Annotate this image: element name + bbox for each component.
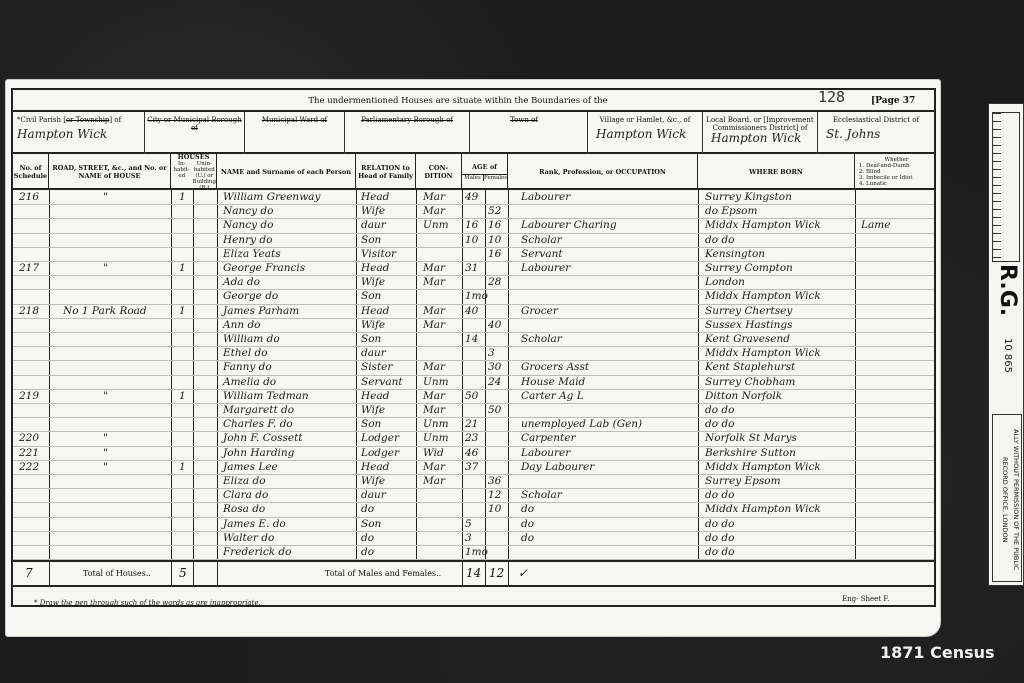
relation: Sister [361, 361, 392, 374]
condition: Mar [423, 361, 445, 374]
person-name: Nancy do [223, 219, 273, 232]
male-age: 10 [465, 234, 478, 247]
occupation: Scholar [521, 489, 562, 502]
road-name: " [103, 461, 108, 474]
occupation: Labourer [521, 191, 570, 204]
person-name: William Tedman [223, 390, 309, 403]
total-schedules: 7 [25, 566, 33, 580]
village-value: Hampton Wick [588, 130, 702, 138]
male-age: 46 [465, 447, 478, 460]
condition: Mar [423, 205, 445, 218]
occupation: Scholar [521, 333, 562, 346]
relation: Wife [361, 475, 385, 488]
person-name: Fanny do [223, 361, 272, 374]
person-name: Nancy do [223, 205, 273, 218]
female-age: 40 [488, 319, 501, 332]
condition: Mar [423, 319, 445, 332]
occupation: unemployed Lab (Gen) [521, 418, 642, 431]
where-born: Sussex Hastings [705, 319, 792, 332]
image-caption: 1871 Census [880, 643, 995, 662]
road-name: " [103, 390, 108, 403]
col-age: AGE of Males Females [462, 154, 508, 190]
occupation: Scholar [521, 234, 562, 247]
schedule-number: 220 [19, 432, 39, 445]
col-where-born: WHERE BORN [698, 154, 855, 190]
relation: daur [361, 347, 386, 360]
where-born: Middx Hampton Wick [705, 347, 821, 360]
municipal-borough: City or Municipal Borough of [145, 112, 245, 154]
person-name: Ada do [223, 276, 260, 289]
person-name: George do [223, 290, 278, 303]
female-age: 16 [488, 248, 501, 261]
male-age: 31 [465, 262, 478, 275]
where-born: do do [705, 518, 734, 531]
occupation: do [521, 503, 534, 516]
house-inhabited: 1 [179, 191, 186, 204]
parliamentary-borough: Parliamentary Borough of [345, 112, 470, 154]
infirmity: Lame [861, 219, 890, 232]
female-age: 30 [488, 361, 501, 374]
local-board: Local Board, or [Improvement Commissione… [703, 112, 818, 154]
relation: Wife [361, 205, 385, 218]
condition: Unm [423, 432, 449, 445]
copyright-notice: ALLY WITHOUT PERMISSION OF THE PUBLIC RE… [992, 414, 1022, 582]
total-persons-label: Total of Males and Females.. [325, 569, 441, 578]
where-born: Surrey Chobham [705, 376, 795, 389]
municipal-ward: Municipal Ward of [245, 112, 345, 154]
male-age: 40 [465, 305, 478, 318]
person-name: Charles F. do [223, 418, 293, 431]
where-born: Kent Staplehurst [705, 361, 795, 374]
where-born: Middx Hampton Wick [705, 503, 821, 516]
relation: Head [361, 262, 389, 275]
person-name: John Harding [223, 447, 294, 460]
header-title: The undermentioned Houses are situate wi… [293, 90, 623, 112]
female-age: 50 [488, 404, 501, 417]
relation: Head [361, 461, 389, 474]
relation: Son [361, 518, 381, 531]
house-inhabited: 1 [179, 305, 186, 318]
col-condition: CON-DITION [416, 154, 462, 190]
relation: Son [361, 290, 381, 303]
where-born: do do [705, 532, 734, 545]
where-born: Surrey Epsom [705, 475, 781, 488]
person-name: George Francis [223, 262, 305, 275]
female-age: 16 [488, 219, 501, 232]
person-name: James Parham [223, 305, 299, 318]
person-name: Walter do [223, 532, 274, 545]
relation: do [361, 546, 374, 559]
relation: do [361, 532, 374, 545]
female-age: 36 [488, 475, 501, 488]
relation: Wife [361, 404, 385, 417]
schedule-number: 216 [19, 191, 39, 204]
relation: Lodger [361, 447, 399, 460]
ecclesiastical-district: Ecclesiastical District of St. Johns [818, 112, 934, 154]
female-age: 52 [488, 205, 501, 218]
census-entries: 216"1William GreenwayHeadMar49LabourerSu… [13, 190, 934, 560]
total-females: 12 [489, 566, 504, 580]
person-name: Amelia do [223, 376, 276, 389]
where-born: Kensington [705, 248, 765, 261]
female-age: 3 [488, 347, 495, 360]
male-age: 1mo [465, 546, 488, 559]
col-road: ROAD, STREET, &c., and No. or NAME of HO… [49, 154, 171, 190]
road-name: " [103, 432, 108, 445]
schedule-number: 217 [19, 262, 39, 275]
form-header: The undermentioned Houses are situate wi… [13, 90, 934, 112]
relation: Wife [361, 319, 385, 332]
person-name: William do [223, 333, 280, 346]
col-infirmity: Whether 1. Deaf-and-Dumb 2. Blind 3. Imb… [855, 154, 934, 190]
person-name: Henry do [223, 234, 272, 247]
condition: Mar [423, 404, 445, 417]
house-inhabited: 1 [179, 390, 186, 403]
condition: Mar [423, 262, 445, 275]
relation: Son [361, 234, 381, 247]
male-age: 14 [465, 333, 478, 346]
administrative-divisions: *Civil Parish [or Township] of Hampton W… [13, 112, 934, 154]
relation: Head [361, 305, 389, 318]
male-age: 5 [465, 518, 472, 531]
folio-number: 128 [818, 86, 845, 108]
village-hamlet: Village or Hamlet, &c., of Hampton Wick [588, 112, 703, 154]
where-born: Middx Hampton Wick [705, 461, 821, 474]
occupation: Carter Ag L [521, 390, 584, 403]
occupation: House Maid [521, 376, 585, 389]
male-age: 49 [465, 191, 478, 204]
occupation: Labourer [521, 262, 570, 275]
condition: Mar [423, 390, 445, 403]
record-group: R.G. 10 865 [993, 264, 1021, 414]
male-age: 16 [465, 219, 478, 232]
condition: Mar [423, 305, 445, 318]
female-age: 12 [488, 489, 501, 502]
col-houses: HOUSES In-habit-ed Unin-habited (U.) or … [171, 154, 217, 190]
relation: Wife [361, 276, 385, 289]
relation: Visitor [361, 248, 396, 261]
road-name: " [103, 447, 108, 460]
condition: Wid [423, 447, 444, 460]
occupation: Grocers Asst [521, 361, 589, 374]
local-board-value: Hampton Wick [703, 134, 817, 142]
where-born: do do [705, 234, 734, 247]
occupation: Carpenter [521, 432, 575, 445]
person-name: James E. do [223, 518, 286, 531]
where-born: Surrey Kingston [705, 191, 792, 204]
where-born: do do [705, 404, 734, 417]
schedule-number: 219 [19, 390, 39, 403]
person-name: John F. Cossett [223, 432, 303, 445]
male-age: 1mo [465, 290, 488, 303]
condition: Mar [423, 191, 445, 204]
relation: Head [361, 191, 389, 204]
person-name: Eliza Yeats [223, 248, 281, 261]
check-mark-icon: ✓ [518, 566, 528, 580]
male-age: 23 [465, 432, 478, 445]
column-headers: No. of Schedule ROAD, STREET, &c., and N… [13, 154, 934, 190]
person-name: Eliza do [223, 475, 266, 488]
road-name: No 1 Park Road [63, 305, 147, 318]
where-born: do Epsom [705, 205, 757, 218]
relation: Lodger [361, 432, 399, 445]
house-inhabited: 1 [179, 461, 186, 474]
occupation: Day Labourer [521, 461, 594, 474]
person-name: Frederick do [223, 546, 291, 559]
male-age: 3 [465, 532, 472, 545]
col-name: NAME and Surname of each Person [217, 154, 356, 190]
condition: Unm [423, 418, 449, 431]
where-born: Norfolk St Marys [705, 432, 797, 445]
town: Town of [470, 112, 588, 154]
road-name: " [103, 191, 108, 204]
where-born: Middx Hampton Wick [705, 219, 821, 232]
schedule-number: 222 [19, 461, 39, 474]
condition: Unm [423, 219, 449, 232]
person-name: Ann do [223, 319, 261, 332]
where-born: Berkshire Sutton [705, 447, 796, 460]
road-name: " [103, 262, 108, 275]
total-houses-label: Total of Houses.. [83, 569, 151, 578]
occupation: do [521, 518, 534, 531]
relation: daur [361, 489, 386, 502]
piece-number: 10 865 [1002, 338, 1013, 373]
condition: Mar [423, 475, 445, 488]
archive-reference-tag: R.G. 10 865 ALLY WITHOUT PERMISSION OF T… [988, 103, 1024, 586]
male-age: 37 [465, 461, 478, 474]
totals-row: 7 Total of Houses.. 5 Total of Males and… [13, 560, 934, 587]
where-born: Surrey Compton [705, 262, 793, 275]
female-age: 28 [488, 276, 501, 289]
where-born: Kent Gravesend [705, 333, 790, 346]
where-born: do do [705, 489, 734, 502]
person-name: Clara do [223, 489, 268, 502]
occupation: Labourer Charing [521, 219, 617, 232]
schedule-number: 218 [19, 305, 39, 318]
relation: Head [361, 390, 389, 403]
occupation: Labourer [521, 447, 570, 460]
relation: daur [361, 219, 386, 232]
col-relation: RELATION to Head of Family [356, 154, 416, 190]
col-schedule: No. of Schedule [13, 154, 49, 190]
condition: Mar [423, 276, 445, 289]
person-name: Rosa do [223, 503, 265, 516]
where-born: Surrey Chertsey [705, 305, 792, 318]
footnote: * Draw the pen through such of the words… [34, 599, 261, 607]
relation: Servant [361, 376, 403, 389]
page-number: [Page 37 [871, 90, 915, 112]
where-born: London [705, 276, 745, 289]
relation: Son [361, 333, 381, 346]
census-form: The undermentioned Houses are situate wi… [11, 88, 936, 607]
female-age: 24 [488, 376, 501, 389]
relation: Son [361, 418, 381, 431]
house-inhabited: 1 [179, 262, 186, 275]
civil-parish-value: Hampton Wick [17, 130, 144, 138]
ruler-scale [992, 112, 1020, 262]
where-born: Ditton Norfolk [705, 390, 782, 403]
where-born: do do [705, 418, 734, 431]
total-houses-inhabited: 5 [179, 566, 187, 580]
condition: Mar [423, 461, 445, 474]
person-name: James Lee [223, 461, 278, 474]
person-name: Ethel do [223, 347, 268, 360]
female-age: 10 [488, 234, 501, 247]
where-born: Middx Hampton Wick [705, 290, 821, 303]
relation: do [361, 503, 374, 516]
female-age: 10 [488, 503, 501, 516]
where-born: do do [705, 546, 734, 559]
occupation: Grocer [521, 305, 558, 318]
condition: Unm [423, 376, 449, 389]
male-age: 21 [465, 418, 478, 431]
person-name: William Greenway [223, 191, 320, 204]
ecclesiastical-value: St. Johns [818, 130, 934, 138]
schedule-number: 221 [19, 447, 39, 460]
male-age: 50 [465, 390, 478, 403]
occupation: do [521, 532, 534, 545]
civil-parish: *Civil Parish [or Township] of Hampton W… [13, 112, 145, 154]
census-sheet: The undermentioned Houses are situate wi… [6, 80, 940, 636]
person-name: Margarett do [223, 404, 294, 417]
occupation: Servant [521, 248, 563, 261]
col-occupation: Rank, Profession, or OCCUPATION [508, 154, 698, 190]
sheet-reference: Eng- Sheet F. [842, 595, 889, 603]
total-males: 14 [466, 566, 481, 580]
